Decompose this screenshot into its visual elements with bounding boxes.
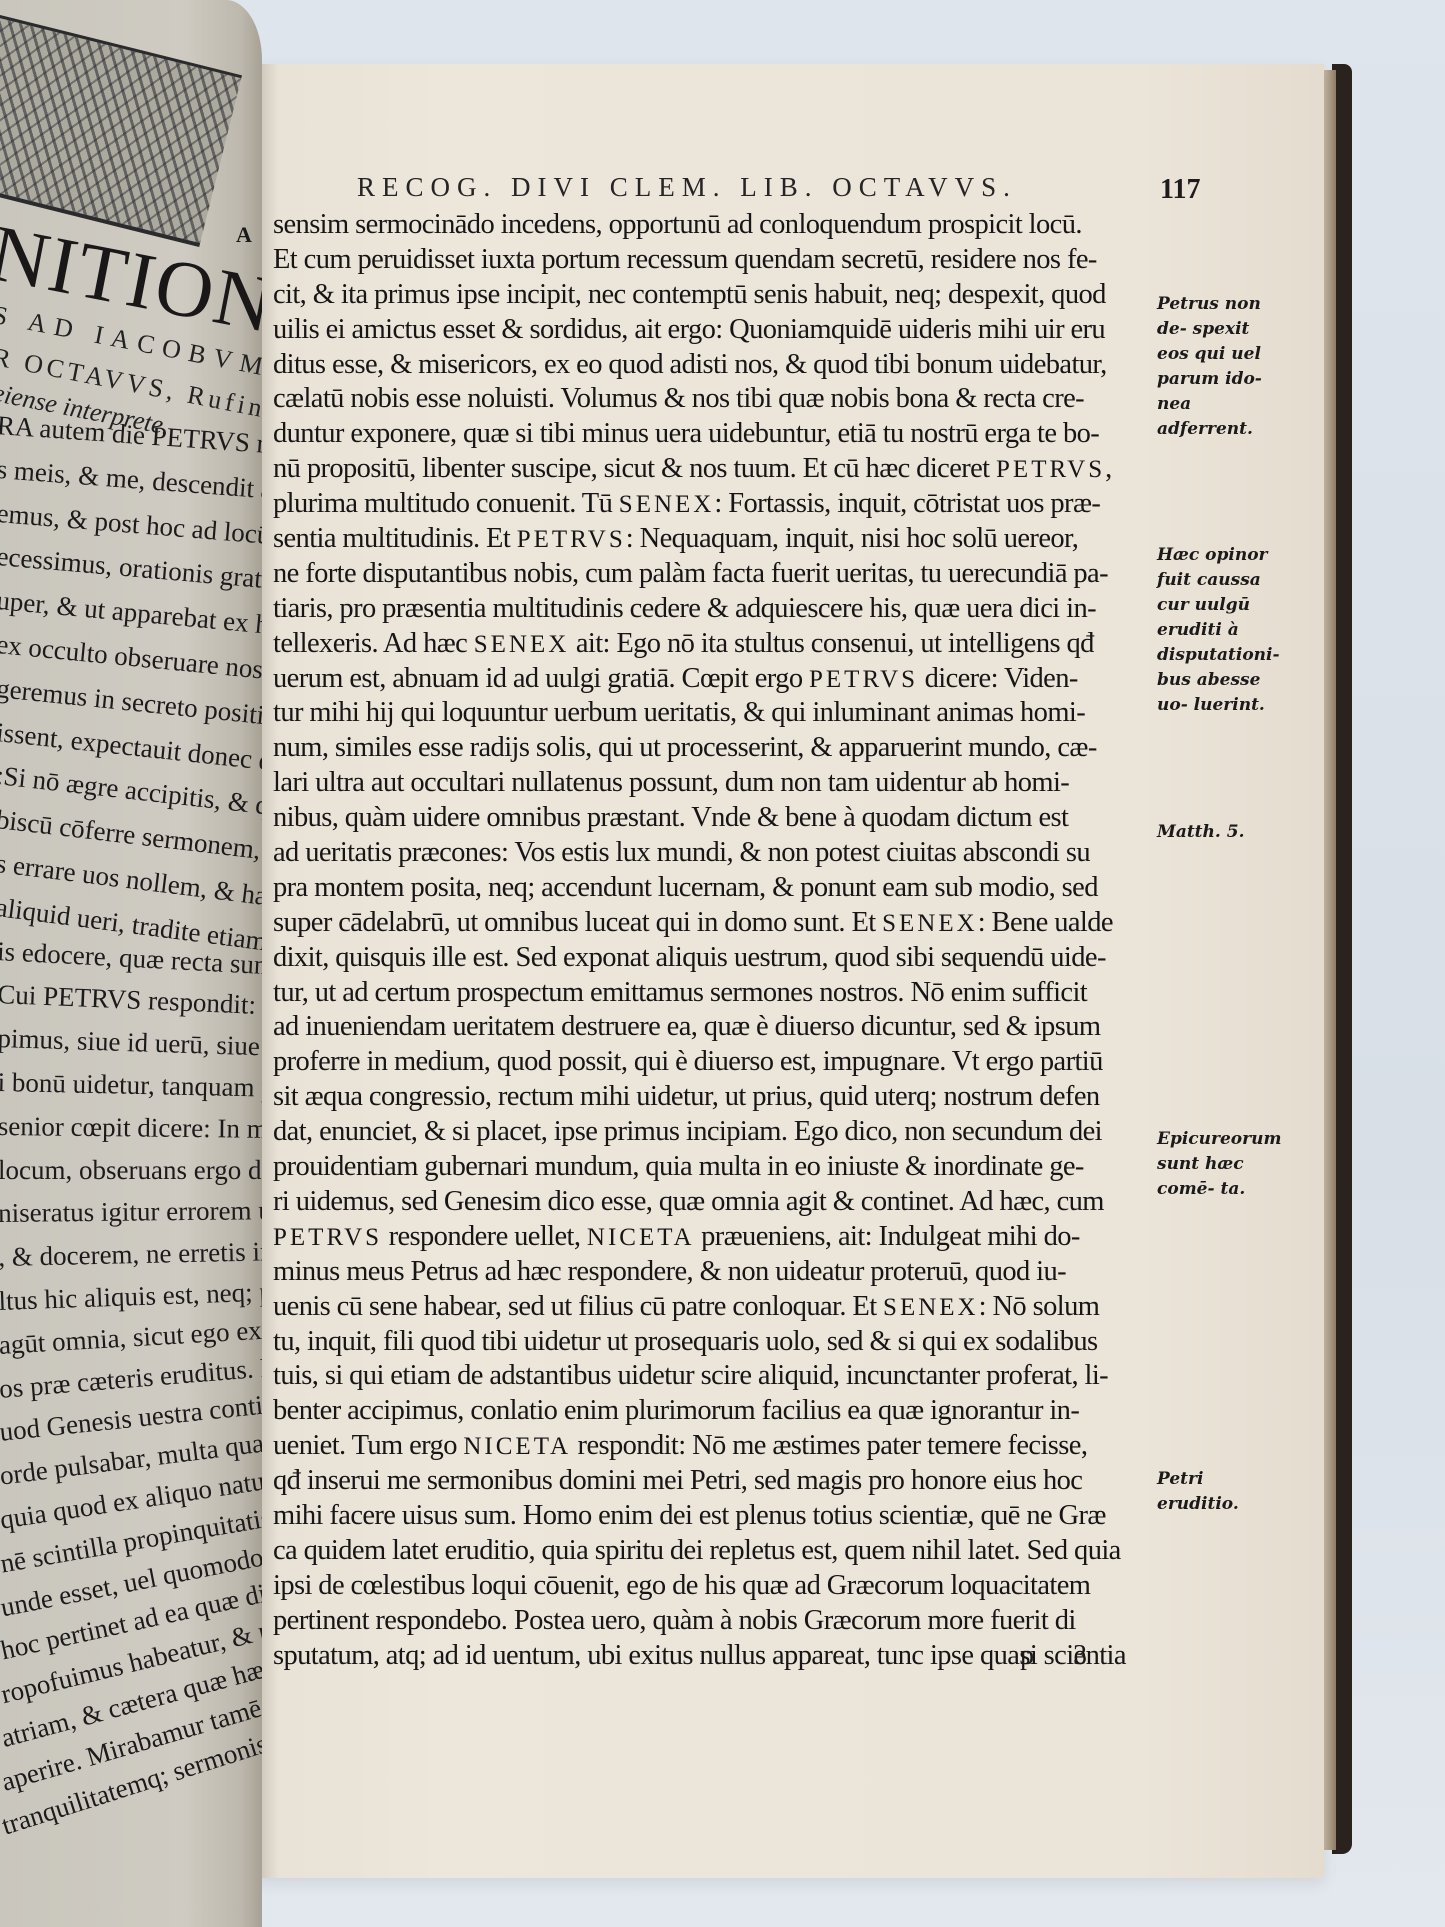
left-text-line: ltus hic aliquis est, neq; prouidenti — [0, 1273, 262, 1317]
text-line: ne forte disputantibus nobis, cum palàm … — [273, 557, 1153, 592]
text-line: ri uidemus, sed Genesim dico esse, quæ o… — [273, 1185, 1153, 1220]
running-head: RECOG. DIVI CLEM. LIB. OCTAVVS. — [357, 172, 1017, 203]
left-text-line: pimus, siue id uerū, siue etiam falsum — [0, 1023, 262, 1067]
text-line: super cādelabrū, ut omnibus luceat qui i… — [273, 906, 1153, 941]
text-line: uerum est, abnuam id ad uulgi gratiā. Cœ… — [273, 662, 1153, 697]
text-line: cit, & ita primus ipse incipit, nec cont… — [273, 278, 1153, 313]
text-line: plurima multitudo conuenit. Tū SENEX: Fo… — [273, 487, 1153, 522]
page-block-edges — [1322, 70, 1336, 1850]
text-line: num, similes esse radijs solis, qui ut p… — [273, 731, 1153, 766]
left-text-line: Cui PETRVS respondit: Dic age, — [0, 979, 262, 1025]
text-line: proferre in medium, quod possit, qui è d… — [273, 1045, 1153, 1080]
text-line: ditus esse, & misericors, ex eo quod adi… — [273, 348, 1153, 383]
text-line: qđ inserui me sermonibus domini mei Petr… — [273, 1464, 1153, 1499]
margin-note: Matth. 5. — [1157, 820, 1277, 845]
text-line: ueniet. Tum ergo NICETA respondit: Nō me… — [273, 1429, 1153, 1464]
text-line: dat, enunciet, & si placet, ipse primus … — [273, 1115, 1153, 1150]
text-line: tellexeris. Ad hæc SENEX ait: Ego nō ita… — [273, 627, 1153, 662]
text-line: sensim sermocinādo incedens, opportunū a… — [273, 208, 1153, 243]
text-line: PETRVS respondere uellet, NICETA præueni… — [273, 1220, 1153, 1255]
text-line: tiaris, pro præsentia multitudinis ceder… — [273, 592, 1153, 627]
woodcut-ornament-band — [0, 10, 242, 247]
text-line: duntur exponere, quæ si tibi minus uera … — [273, 417, 1153, 452]
text-line: uilis ei amictus esset & sordidus, ait e… — [273, 313, 1153, 348]
margin-note: Petrus non de- spexit eos qui uel parum … — [1157, 292, 1277, 442]
text-line: ad ueritatis præcones: Vos estis lux mun… — [273, 836, 1153, 871]
margin-note: Petri eruditio. — [1157, 1467, 1277, 1517]
left-text-line: i bonū uidetur, tanquam pater pro — [0, 1067, 262, 1106]
text-line: sentia multitudinis. Et PETRVS: Nequaqua… — [273, 522, 1153, 557]
page-number: 117 — [1160, 174, 1200, 206]
text-line: mihi facere uisus sum. Homo enim dei est… — [273, 1499, 1153, 1534]
text-line: ipsi de cœlestibus loqui cōuenit, ego de… — [273, 1569, 1153, 1604]
left-text-line: senior cœpit dicere: In mari uos lau — [0, 1111, 262, 1146]
text-line: minus meus Petrus ad hæc respondere, & n… — [273, 1255, 1153, 1290]
text-line: ad inueniendam ueritatem destruere ea, q… — [273, 1010, 1153, 1045]
text-line: tur mihi hij qui loquuntur uerbum uerita… — [273, 696, 1153, 731]
margin-note: Epicureorum sunt hæc comē- ta. — [1157, 1127, 1277, 1202]
text-line: nū propositū, libenter suscipe, sicut & … — [273, 452, 1153, 487]
text-line: tuis, si qui etiam de adstantibus uidetu… — [273, 1359, 1153, 1394]
text-line: dixit, quisquis ille est. Sed exponat al… — [273, 941, 1153, 976]
text-line: pertinent respondebo. Postea uero, quàm … — [273, 1604, 1153, 1639]
signature-mark: p 3 — [1020, 1640, 1103, 1672]
text-line: ca quidem latet eruditio, quia spiritu d… — [273, 1534, 1153, 1569]
text-line: tu, inquit, fili quod tibi uidetur ut pr… — [273, 1325, 1153, 1360]
left-text-line: , & docerem, ne erretis in huiusmo — [0, 1234, 262, 1273]
text-line: lari ultra aut occultari nullatenus poss… — [273, 766, 1153, 801]
text-line: pra montem posita, neq; accendunt lucern… — [273, 871, 1153, 906]
text-line: cælatū nobis esse noluisti. Volumus & no… — [273, 382, 1153, 417]
left-page: NITIONVM S AD IACOBVM FRA R OCTAVVS, Ruf… — [0, 0, 262, 1927]
text-line: benter accipimus, conlatio enim plurimor… — [273, 1394, 1153, 1429]
text-line: sit æqua congressio, rectum mihi uidetur… — [273, 1080, 1153, 1115]
text-line: prouidentiam gubernari mundum, quia mult… — [273, 1150, 1153, 1185]
text-line: uenis cū sene habear, sed ut filius cū p… — [273, 1290, 1153, 1325]
signature-letter: A — [236, 222, 252, 248]
left-text-line: agūt omnia, sicut ego ex meipso m — [0, 1308, 262, 1361]
text-line: Et cum peruidisset iuxta portum recessum… — [273, 243, 1153, 278]
left-text-line: locum, obseruans ergo de occulto, — [0, 1155, 262, 1186]
left-text-line: niseratus igitur errorem uestrū, op — [0, 1195, 262, 1230]
text-line: tur, ut ad certum prospectum emittamus s… — [273, 976, 1153, 1011]
body-text: sensim sermocinādo incedens, opportunū a… — [273, 208, 1153, 1673]
text-line: nibus, quàm uidere omnibus præstant. Vnd… — [273, 801, 1153, 836]
margin-note: Hæc opinor fuit caussa cur uulgū eruditi… — [1157, 543, 1277, 718]
